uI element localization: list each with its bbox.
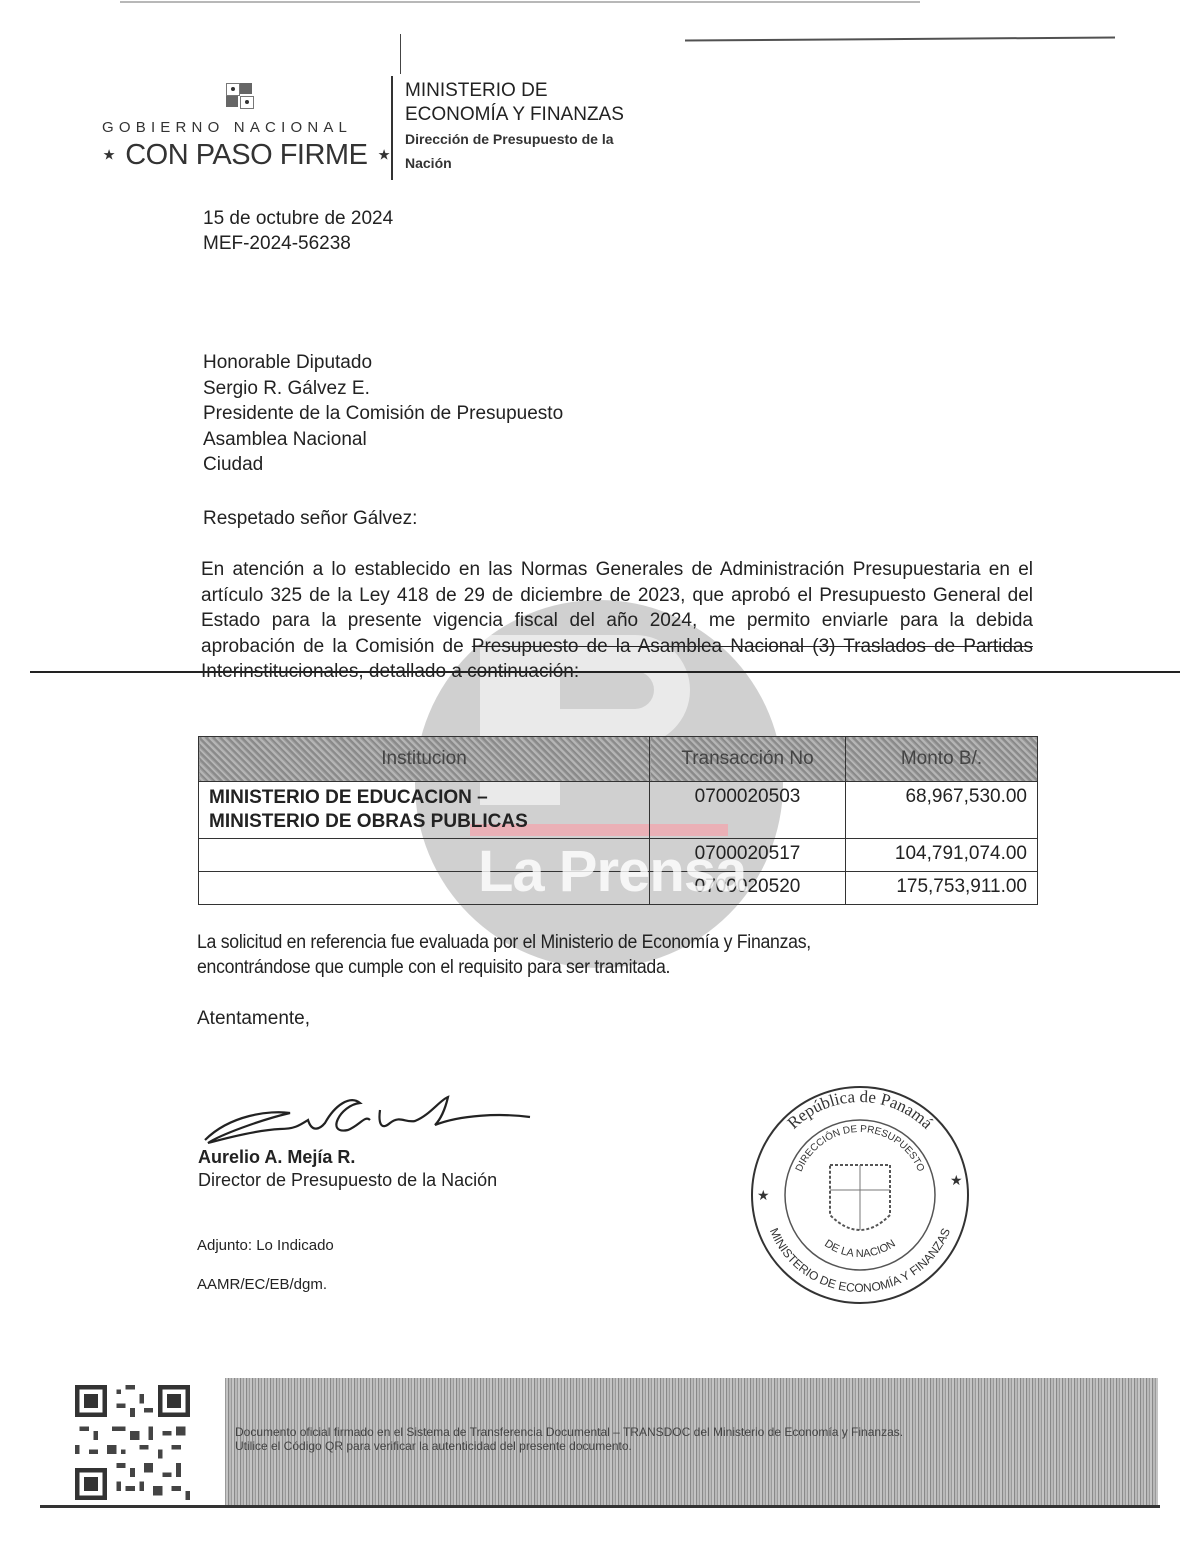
- institution-cell: MINISTERIO DE EDUCACION – MINISTERIO DE …: [199, 782, 650, 839]
- recipient-address: Honorable Diputado Sergio R. Gálvez E. P…: [203, 350, 563, 478]
- salutation: Respetado señor Gálvez:: [203, 506, 417, 532]
- government-slogan: ⋆ CON PASO FIRME ⋆: [100, 137, 393, 172]
- table-row: MINISTERIO DE EDUCACION – MINISTERIO DE …: [199, 782, 1038, 839]
- handwritten-signature-icon: [200, 1085, 535, 1150]
- amount-cell: 104,791,074.00: [846, 839, 1038, 872]
- transaction-cell: 0700020503: [650, 782, 846, 839]
- svg-text:DE LA NACION: DE LA NACION: [822, 1238, 897, 1260]
- recipient-line: Presidente de la Comisión de Presupuesto: [203, 401, 563, 427]
- table-header-row: Institucion Transacción No Monto B/.: [199, 737, 1038, 782]
- bottom-rule: [40, 1505, 1160, 1508]
- closing-paragraph: La solicitud en referencia fue evaluada …: [197, 930, 811, 980]
- strikethrough-line: [30, 671, 1180, 673]
- recipient-line: Asamblea Nacional: [203, 427, 563, 453]
- scan-artifact-line: [120, 1, 920, 3]
- direction-name-line1: Dirección de Presupuesto de la: [405, 131, 614, 147]
- letterhead-divider: [391, 76, 393, 180]
- verification-line: Documento oficial firmado en el Sistema …: [235, 1425, 1115, 1439]
- column-header-transaction: Transacción No: [650, 737, 846, 782]
- document-date: 15 de octubre de 2024: [203, 206, 393, 232]
- scan-artifact-line: [685, 36, 1115, 41]
- recipient-line: Ciudad: [203, 452, 563, 478]
- scan-artifact-mark: [400, 34, 401, 74]
- direction-name-line2: Nación: [405, 155, 452, 171]
- column-header-institution: Institucion: [199, 737, 650, 782]
- recipient-line: Honorable Diputado: [203, 350, 563, 376]
- body-paragraph: En atención a lo establecido en las Norm…: [201, 557, 1033, 685]
- svg-text:★: ★: [757, 1187, 770, 1203]
- closing-line: encontrándose que cumple con el requisit…: [197, 955, 811, 980]
- amount-cell: 68,967,530.00: [846, 782, 1038, 839]
- amount-cell: 175,753,911.00: [846, 872, 1038, 905]
- svg-text:República de Panamá: República de Panamá: [784, 1087, 937, 1133]
- verification-line: Utilice el Código QR para verificar la a…: [235, 1439, 1115, 1453]
- signer-name: Aurelio A. Mejía R.: [198, 1147, 355, 1168]
- ministry-name-line1: MINISTERIO DE: [405, 80, 548, 102]
- body-text-struck: Presupuesto de la Asamblea Nacional (3) …: [472, 636, 1033, 657]
- ministry-name-line2: ECONOMÍA Y FINANZAS: [405, 104, 624, 126]
- column-header-amount: Monto B/.: [846, 737, 1038, 782]
- attachment-note: Adjunto: Lo Indicado: [197, 1237, 334, 1254]
- svg-text:MINISTERIO DE ECONOMÍA Y FINAN: MINISTERIO DE ECONOMÍA Y FINANZAS: [767, 1226, 953, 1295]
- farewell: Atentamente,: [197, 1008, 310, 1030]
- government-slogan-top: GOBIERNO NACIONAL: [102, 119, 352, 136]
- qr-code-icon[interactable]: [75, 1385, 190, 1500]
- recipient-line: Sergio R. Gálvez E.: [203, 376, 563, 402]
- closing-line: La solicitud en referencia fue evaluada …: [197, 930, 811, 955]
- verification-note: Documento oficial firmado en el Sistema …: [235, 1425, 1115, 1453]
- signer-title: Director de Presupuesto de la Nación: [198, 1170, 497, 1191]
- official-seal-icon: República de Panamá DIRECCIÓN DE PRESUPU…: [745, 1085, 975, 1305]
- institution-line: MINISTERIO DE OBRAS PUBLICAS: [209, 810, 639, 834]
- svg-text:★: ★: [950, 1172, 963, 1188]
- institution-line: MINISTERIO DE EDUCACION –: [209, 786, 639, 810]
- document-reference: MEF-2024-56238: [203, 231, 351, 257]
- reference-initials: AAMR/EC/EB/dgm.: [197, 1276, 327, 1293]
- panama-flag-emblem-icon: [226, 83, 256, 109]
- watermark-text: La Prensa: [478, 838, 746, 905]
